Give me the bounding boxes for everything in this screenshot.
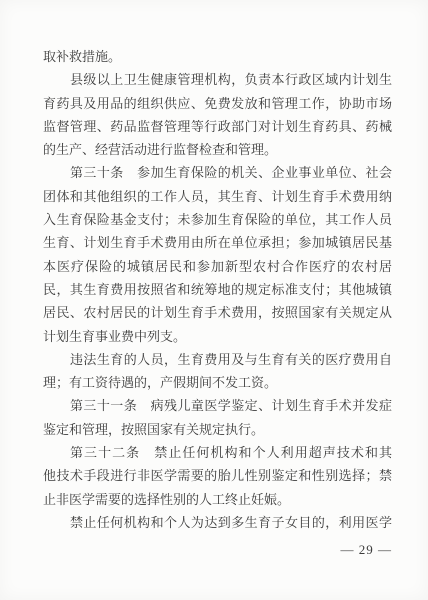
text-line: 止非医学需要的选择性别的人工终止妊娠。 [43,488,392,511]
text-line: 第三十条 参加生育保险的机关、企业事业单位、社会 [43,161,392,184]
text-line: 县级以上卫生健康管理机构，负责本行政区域内计划生 [43,68,392,91]
text-line: 生育、计划生育手术费用由所在单位承担；参加城镇居民基 [43,231,392,254]
text-line: 鉴定和管理，按照国家有关规定执行。 [43,418,392,441]
text-line: 第三十二条 禁止任何机构和个人利用超声技术和其 [43,441,392,464]
text-line: 第三十一条 病残儿童医学鉴定、计划生育手术并发症 [43,394,392,417]
text-line: 居民、农村居民的计划生育手术费用，按照国家有关规定从 [43,301,392,324]
text-line: 取补救措施。 [43,45,392,68]
text-line: 的生产、经营活动进行监督检查和管理。 [43,138,392,161]
document-page: 取补救措施。县级以上卫生健康管理机构，负责本行政区域内计划生育药具及用品的组织供… [0,0,428,600]
text-line: 入生育保险基金支付；未参加生育保险的单位，其工作人员 [43,208,392,231]
text-line: 本医疗保险的城镇居民和参加新型农村合作医疗的农村居 [43,255,392,278]
text-line: 民，其生育费用按照省和统筹地的规定标准支付；其他城镇 [43,278,392,301]
text-line: 理；有工资待遇的，产假期间不发工资。 [43,371,392,394]
text-line: 计划生育事业费中列支。 [43,325,392,348]
page-number: — 29 — [341,542,393,558]
text-line: 违法生育的人员，生育费用及与生育有关的医疗费用自 [43,348,392,371]
text-line: 育药具及用品的组织供应、免费发放和管理工作，协助市场 [43,92,392,115]
text-line: 禁止任何机构和个人为达到多生育子女目的，利用医学 [43,511,392,534]
text-line: 他技术手段进行非医学需要的胎儿性别鉴定和性别选择；禁 [43,464,392,487]
text-block: 取补救措施。县级以上卫生健康管理机构，负责本行政区域内计划生育药具及用品的组织供… [43,45,392,534]
text-line: 团体和其他组织的工作人员，其生育、计划生育手术费用纳 [43,185,392,208]
text-line: 监督管理、药品监督管理等行政部门对计划生育药具、药械 [43,115,392,138]
